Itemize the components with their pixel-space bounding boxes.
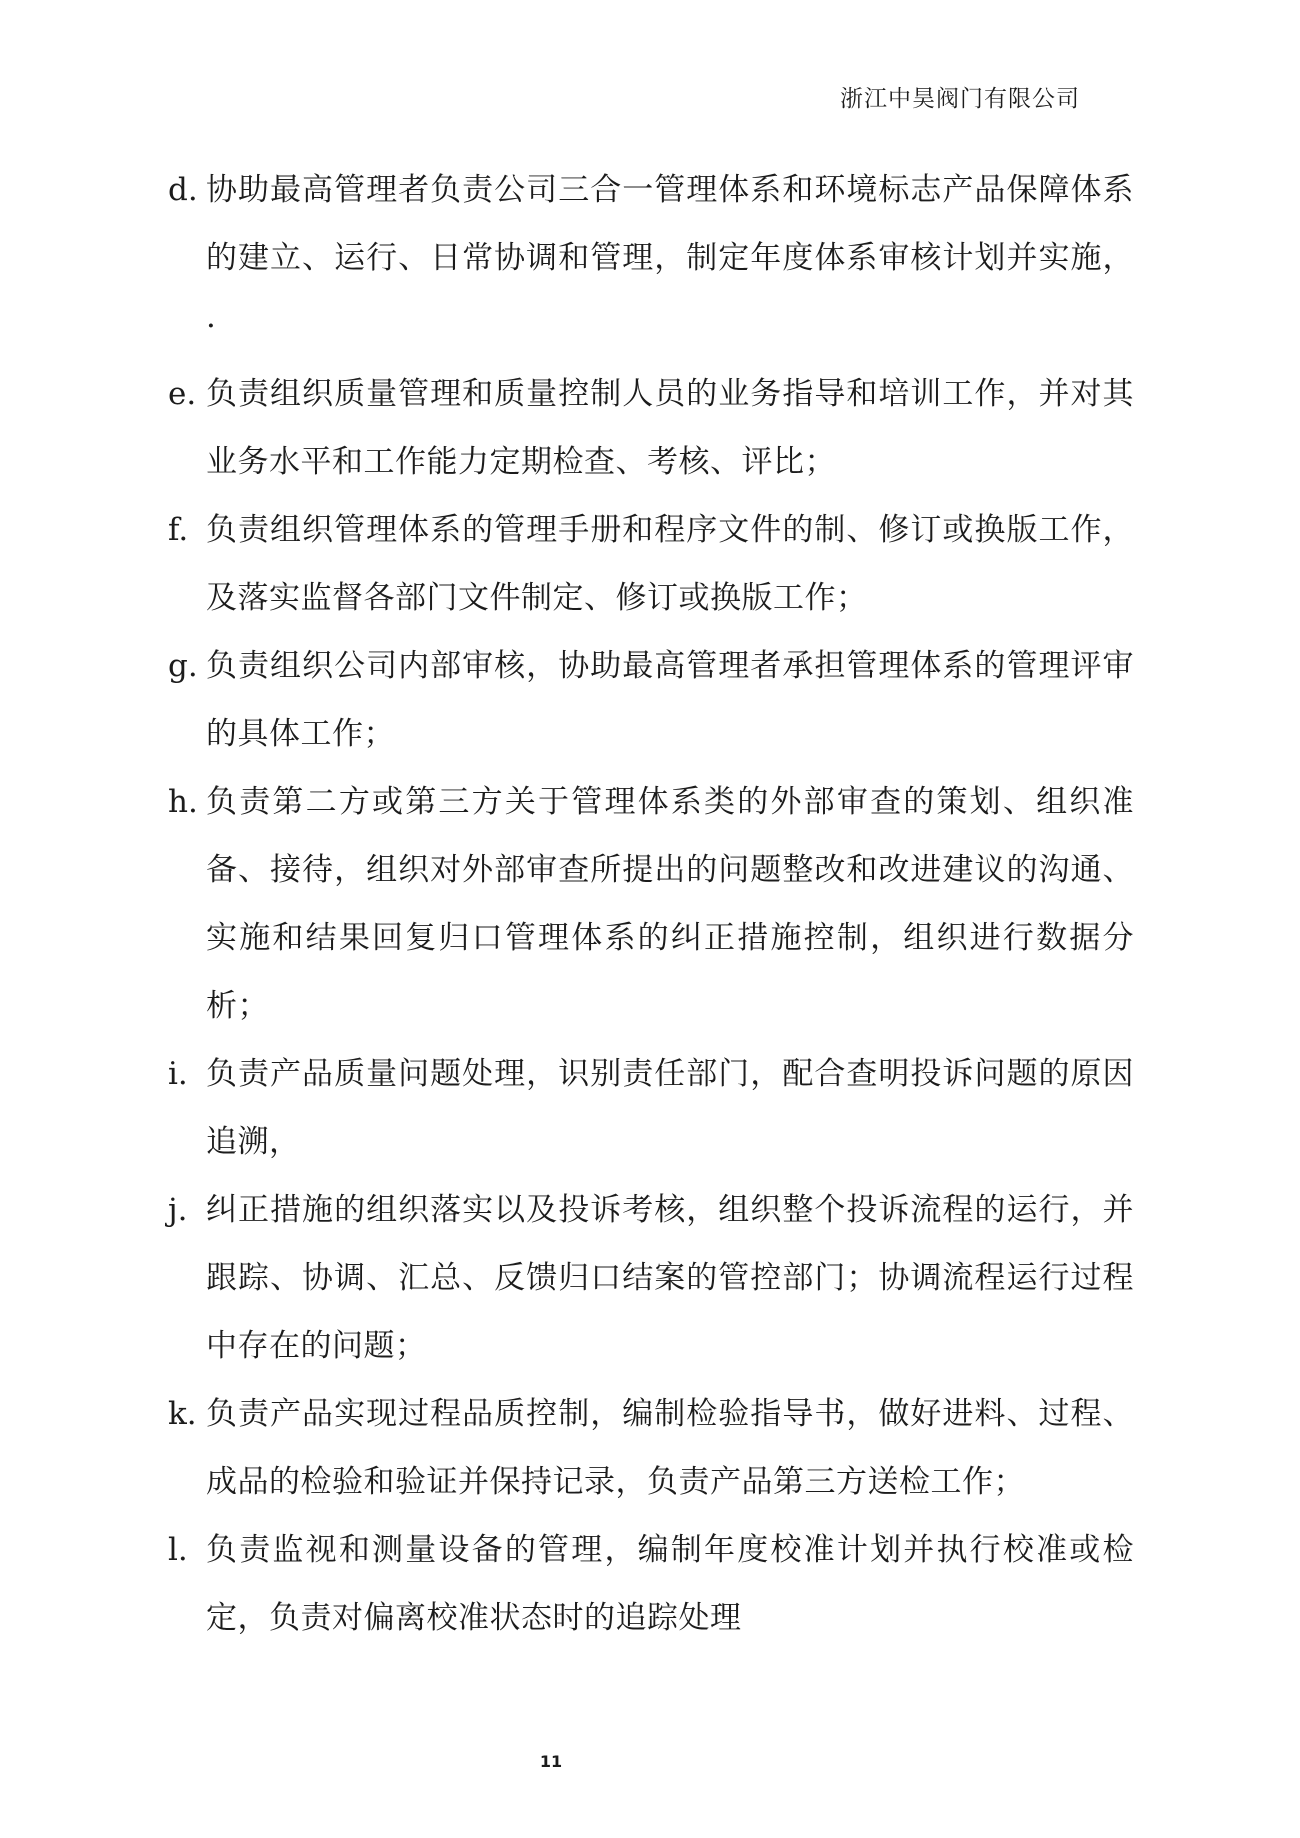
list-item-text: 负责产品质量问题处理，识别责任部门，配合查明投诉问题的原因追溯， [206,1040,1134,1176]
list-item-marker: e. [168,360,206,496]
company-header: 浙江中昊阀门有限公司 [840,80,1080,113]
list-item: f. 负责组织管理体系的管理手册和程序文件的制、修订或换版工作，及落实监督各部门… [168,496,1134,632]
list-item-text: 负责第二方或第三方关于管理体系类的外部审查的策划、组织准备、接待，组织对外部审查… [206,768,1134,1040]
duty-list: d. 协助最高管理者负责公司三合一管理体系和环境标志产品保障体系的建立、运行、日… [168,156,1134,1652]
list-item-text: 负责组织管理体系的管理手册和程序文件的制、修订或换版工作，及落实监督各部门文件制… [206,496,1134,632]
list-item-marker: g. [168,632,206,768]
page-number: 11 [0,1752,1102,1771]
list-item-text: 纠正措施的组织落实以及投诉考核，组织整个投诉流程的运行，并跟踪、协调、汇总、反馈… [206,1176,1134,1380]
list-item: e. 负责组织质量管理和质量控制人员的业务指导和培训工作，并对其业务水平和工作能… [168,360,1134,496]
list-item-text: 协助最高管理者负责公司三合一管理体系和环境标志产品保障体系的建立、运行、日常协调… [206,156,1134,360]
list-item-marker: l. [168,1516,206,1652]
list-item: h. 负责第二方或第三方关于管理体系类的外部审查的策划、组织准备、接待，组织对外… [168,768,1134,1040]
list-item: j. 纠正措施的组织落实以及投诉考核，组织整个投诉流程的运行，并跟踪、协调、汇总… [168,1176,1134,1380]
list-item-text: 负责产品实现过程品质控制，编制检验指导书，做好进料、过程、成品的检验和验证并保持… [206,1380,1134,1516]
list-item: k. 负责产品实现过程品质控制，编制检验指导书，做好进料、过程、成品的检验和验证… [168,1380,1134,1516]
list-item-marker: j. [168,1176,206,1380]
document-page: 浙江中昊阀门有限公司 d. 协助最高管理者负责公司三合一管理体系和环境标志产品保… [0,0,1300,1838]
list-item: l. 负责监视和测量设备的管理，编制年度校准计划并执行校准或检定，负责对偏离校准… [168,1516,1134,1652]
list-item: d. 协助最高管理者负责公司三合一管理体系和环境标志产品保障体系的建立、运行、日… [168,156,1134,360]
list-item-marker: h. [168,768,206,1040]
list-item-marker: k. [168,1380,206,1516]
list-item-text: 负责组织公司内部审核，协助最高管理者承担管理体系的管理评审的具体工作； [206,632,1134,768]
list-item: i. 负责产品质量问题处理，识别责任部门，配合查明投诉问题的原因追溯， [168,1040,1134,1176]
list-item-marker: i. [168,1040,206,1176]
list-item-text: 负责组织质量管理和质量控制人员的业务指导和培训工作，并对其业务水平和工作能力定期… [206,360,1134,496]
list-item: g. 负责组织公司内部审核，协助最高管理者承担管理体系的管理评审的具体工作； [168,632,1134,768]
list-item-marker: f. [168,496,206,632]
list-item-marker: d. [168,156,206,360]
list-item-text: 负责监视和测量设备的管理，编制年度校准计划并执行校准或检定，负责对偏离校准状态时… [206,1516,1134,1652]
